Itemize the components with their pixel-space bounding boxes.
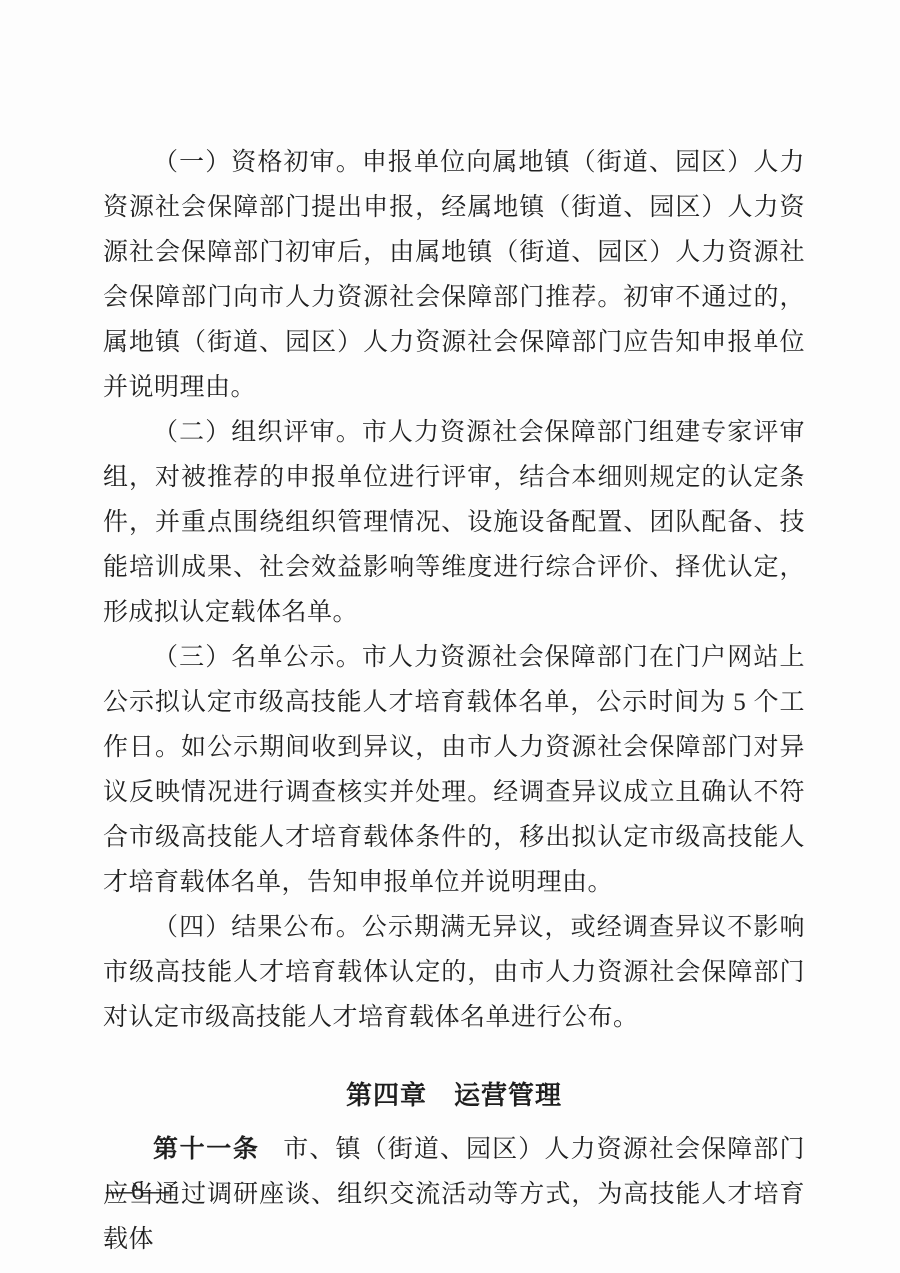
- clause-paragraph-2: （二）组织评审。市人力资源社会保障部门组建专家评审组，对被推荐的申报单位进行评审…: [103, 410, 805, 635]
- document-body: （一）资格初审。申报单位向属地镇（街道、园区）人力资源社会保障部门提出申报，经属…: [103, 140, 805, 1262]
- clause-paragraph-3: （三）名单公示。市人力资源社会保障部门在门户网站上公示拟认定市级高技能人才培育载…: [103, 635, 805, 905]
- document-page: （一）资格初审。申报单位向属地镇（街道、园区）人力资源社会保障部门提出申报，经属…: [0, 0, 900, 1273]
- chapter-heading: 第四章 运营管理: [103, 1073, 805, 1118]
- clause-paragraph-1: （一）资格初审。申报单位向属地镇（街道、园区）人力资源社会保障部门提出申报，经属…: [103, 140, 805, 410]
- page-number: —6—: [106, 1176, 168, 1206]
- article-number-label: 第十一条: [153, 1135, 259, 1163]
- clause-paragraph-4: （四）结果公布。公示期满无异议，或经调查异议不影响市级高技能人才培育载体认定的，…: [103, 905, 805, 1040]
- article-paragraph: 第十一条市、镇（街道、园区）人力资源社会保障部门应当通过调研座谈、组织交流活动等…: [103, 1127, 805, 1262]
